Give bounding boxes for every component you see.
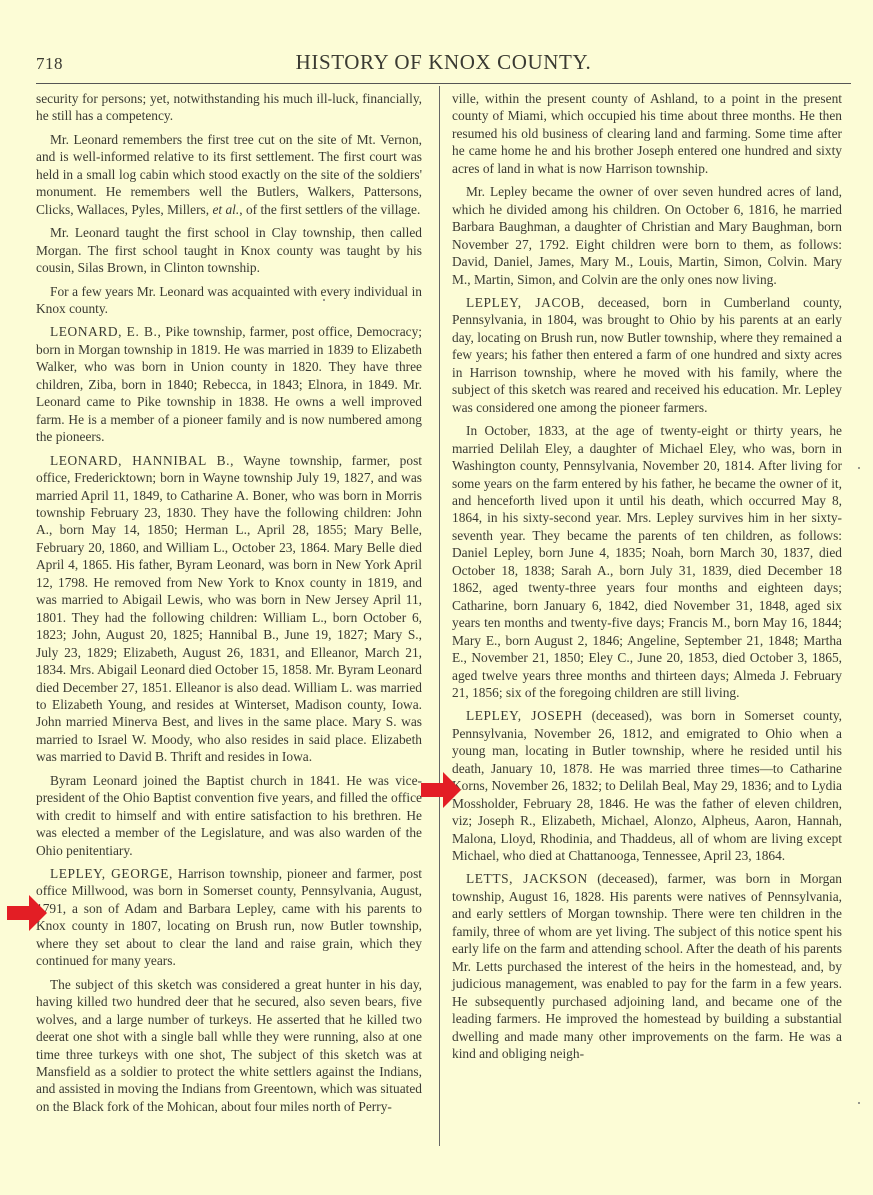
paragraph: The subject of this sketch was considere…	[36, 976, 422, 1116]
column-divider	[439, 86, 440, 1146]
book-page: 718 HISTORY OF KNOX COUNTY. security for…	[0, 0, 873, 1195]
paragraph: Mr. Lepley became the owner of over seve…	[452, 183, 842, 288]
header-rule	[36, 83, 851, 84]
paragraph: Byram Leonard joined the Baptist church …	[36, 772, 422, 859]
paragraph: In October, 1833, at the age of twenty-e…	[452, 422, 842, 701]
entry-name: LEPLEY, JACOB,	[466, 295, 585, 310]
entry-name: LETTS, JACKSON	[466, 871, 588, 886]
paragraph: Mr. Leonard remembers the first tree cut…	[36, 131, 422, 218]
right-arrow-icon	[7, 895, 47, 931]
scan-speck	[858, 1102, 860, 1104]
scan-speck	[323, 299, 325, 301]
entry-name: LEPLEY, GEORGE,	[50, 866, 173, 881]
biography-entry-lepley-joseph: LEPLEY, JOSEPH (deceased), was born in S…	[452, 707, 842, 864]
left-column: security for persons; yet, notwithstandi…	[36, 90, 422, 1121]
running-title: HISTORY OF KNOX COUNTY.	[36, 50, 851, 75]
right-arrow-icon	[421, 772, 461, 808]
biography-entry-letts-jackson: LETTS, JACKSON (deceased), farmer, was b…	[452, 870, 842, 1062]
biography-entry-leonard-eb: LEONARD, E. B., Pike township, farmer, p…	[36, 323, 422, 445]
biography-entry-lepley-jacob: LEPLEY, JACOB, deceased, born in Cumberl…	[452, 294, 842, 416]
biography-entry-lepley-george: LEPLEY, GEORGE, Harrison township, pione…	[36, 865, 422, 970]
entry-name: LEONARD, E. B.,	[50, 324, 161, 339]
biography-entry-leonard-hannibal: LEONARD, HANNIBAL B., Wayne township, fa…	[36, 452, 422, 766]
paragraph: security for persons; yet, notwithstandi…	[36, 90, 422, 125]
paragraph: For a few years Mr. Leonard was acquaint…	[36, 283, 422, 318]
right-column: ville, within the present county of Ashl…	[452, 90, 842, 1068]
scan-speck	[858, 467, 860, 469]
entry-name: LEONARD, HANNIBAL B.,	[50, 453, 234, 468]
paragraph: Mr. Leonard taught the first school in C…	[36, 224, 422, 276]
entry-name: LEPLEY, JOSEPH	[466, 708, 583, 723]
paragraph: ville, within the present county of Ashl…	[452, 90, 842, 177]
italic-text: et al.	[212, 202, 239, 217]
page-header: 718 HISTORY OF KNOX COUNTY.	[36, 50, 851, 80]
